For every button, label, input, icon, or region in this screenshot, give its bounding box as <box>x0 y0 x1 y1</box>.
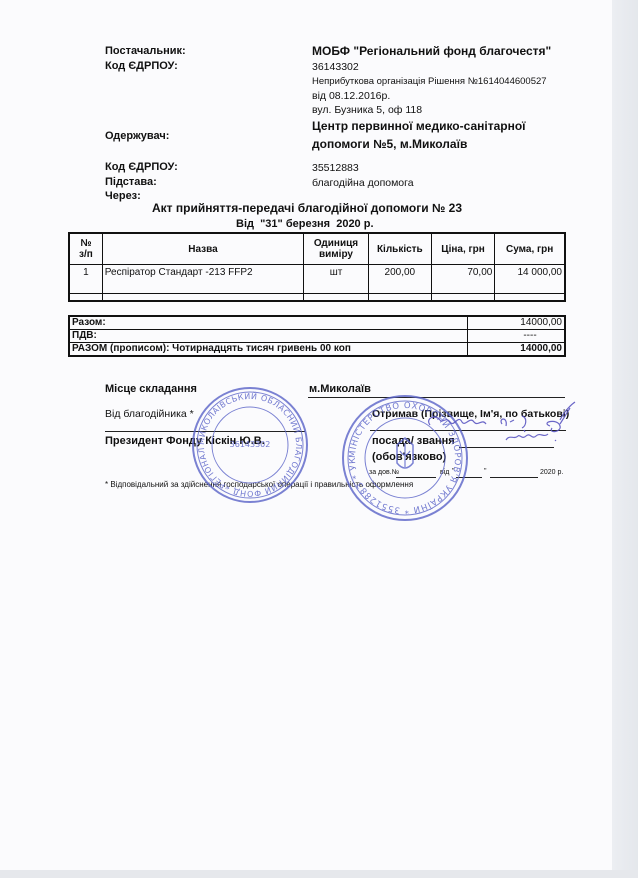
act-date: Від "31" березня 2020 р. <box>236 218 374 230</box>
doc-quote-close: " <box>484 468 487 475</box>
from-donor-label: Від благодійника * <box>105 408 194 420</box>
cell-unit: шт <box>304 265 369 294</box>
totals-table: Разом: 14000,00 ПДВ: ---- РАЗОМ (прописо… <box>68 315 566 357</box>
cell-qty: 200,00 <box>368 265 431 294</box>
scan-edge <box>612 0 638 878</box>
cell-sum: 14 000,00 <box>495 265 565 294</box>
supplier-label: Постачальник: <box>105 45 186 57</box>
col-name-header: Назва <box>102 233 303 265</box>
supplier-note-line2: від 08.12.2016р. <box>312 90 390 102</box>
col-unit-header: Одиницявиміру <box>304 233 369 265</box>
cell-name: Респіратор Стандарт -213 FFP2 <box>102 265 303 294</box>
recipient-label: Одержувач: <box>105 130 169 142</box>
items-table: №з/п Назва Одиницявиміру Кількість Ціна,… <box>68 232 566 302</box>
cell-price: 70,00 <box>431 265 495 294</box>
total-words: РАЗОМ (прописом): Чотирнадцять тисяч гри… <box>69 343 468 357</box>
foundation-stamp-icon: МИКОЛАЇВСЬКИЙ ОБЛАСНИЙ БЛАГОДІЙНИЙ ФОНД … <box>190 385 310 505</box>
supplier-name: МОБФ "Регіональний фонд благочестя" <box>312 44 551 58</box>
supplier-address: вул. Бузника 5, оф 118 <box>312 104 422 116</box>
vat-row: ПДВ: ---- <box>69 330 565 343</box>
doc-year: 2020 р. <box>540 469 563 476</box>
doc-month-line <box>490 477 538 478</box>
total-value: 14000,00 <box>468 343 566 357</box>
recipient-name-line2: допомоги №5, м.Миколаїв <box>312 137 467 151</box>
table-row-empty <box>69 294 565 302</box>
via-label: Через: <box>105 190 141 202</box>
subtotal-label: Разом: <box>69 316 468 330</box>
recipient-edrpou-label: Код ЄДРПОУ: <box>105 161 178 173</box>
vat-value: ---- <box>468 330 566 343</box>
col-sum-header: Сума, грн <box>495 233 565 265</box>
subtotal-value: 14000,00 <box>468 316 566 330</box>
basis-label: Підстава: <box>105 176 157 188</box>
scan-edge-bottom <box>0 870 638 878</box>
col-num-header: №з/п <box>69 233 102 265</box>
total-row: РАЗОМ (прописом): Чотирнадцять тисяч гри… <box>69 343 565 357</box>
basis-value: благодійна допомога <box>312 177 414 189</box>
cell-num: 1 <box>69 265 102 294</box>
col-qty-header: Кількість <box>368 233 431 265</box>
recipient-edrpou: 35512883 <box>312 162 359 174</box>
table-row: 1 Респіратор Стандарт -213 FFP2 шт 200,0… <box>69 265 565 294</box>
supplier-note-line1: Неприбуткова організація Рішення №161404… <box>312 76 547 87</box>
recipient-signature <box>410 400 580 450</box>
subtotal-row: Разом: 14000,00 <box>69 316 565 330</box>
svg-text:36143302: 36143302 <box>230 440 271 449</box>
col-price-header: Ціна, грн <box>431 233 495 265</box>
supplier-edrpou: 36143302 <box>312 61 359 73</box>
vat-label: ПДВ: <box>69 330 468 343</box>
items-header-row: №з/п Назва Одиницявиміру Кількість Ціна,… <box>69 233 565 265</box>
supplier-edrpou-label: Код ЄДРПОУ: <box>105 60 178 72</box>
recipient-name-line1: Центр первинної медико-санітарної <box>312 119 526 133</box>
place-label: Місце складання <box>105 383 197 395</box>
act-title: Акт прийняття-передачі благодійної допом… <box>152 201 462 215</box>
